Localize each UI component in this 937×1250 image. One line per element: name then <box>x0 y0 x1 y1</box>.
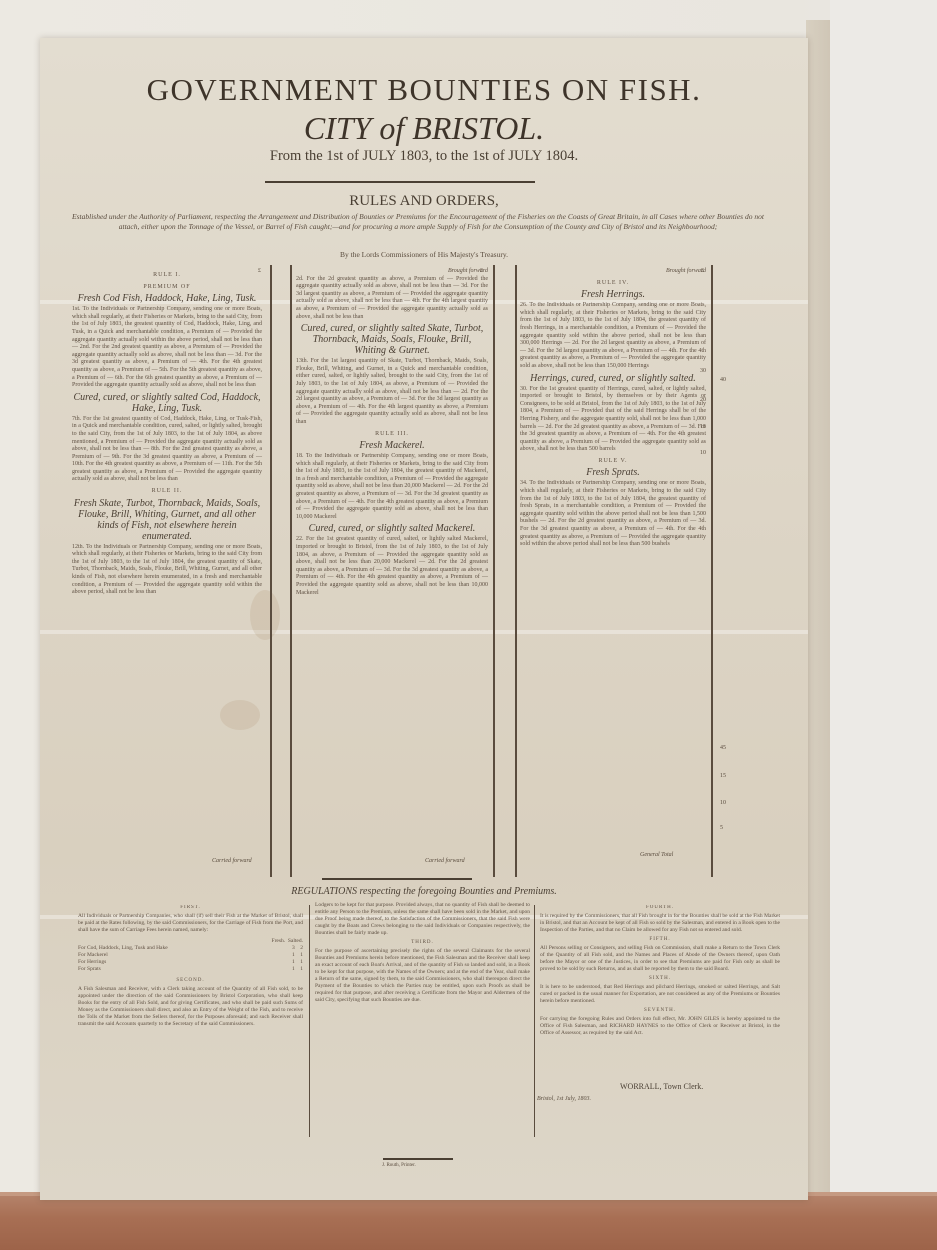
regulation-text: For carrying the foregoing Rules and Ord… <box>540 1016 780 1037</box>
rule-heading: Fresh Skate, Turbot, Thornback, Maids, S… <box>72 498 262 542</box>
printer-rule <box>383 1158 453 1160</box>
pence-amount: 10 <box>720 800 726 806</box>
regulations-title: REGULATIONS respecting the foregoing Bou… <box>40 886 808 897</box>
amount: 30 <box>700 368 706 374</box>
amount: 10 <box>700 450 706 456</box>
table-row: For Herrings1 1 <box>78 959 303 966</box>
section-heading: SIXTH. <box>540 975 780 982</box>
table-row: For Cod, Haddock, Ling, Tusk and Hake3 2 <box>78 945 303 952</box>
rule-text: 13th. For the 1st largest quantity of Sk… <box>296 358 488 426</box>
general-total: General Total <box>640 852 673 858</box>
column-rule <box>711 265 713 877</box>
paper-stain <box>250 590 280 640</box>
pence-amount: 45 <box>720 745 726 751</box>
rule-text: 2d. For the 2d greatest quantity as abov… <box>296 276 488 322</box>
rule-text: 7th. For the 1st greatest quantity of Co… <box>72 416 262 484</box>
printer-imprint: J. Routh, Printer. <box>382 1163 416 1168</box>
rule-text: 12th. To the Individuals or Partnership … <box>72 544 262 597</box>
rule-text: 30. For the 1st greatest quantity of Her… <box>520 386 706 454</box>
rule-heading: Cured, cured, or slightly salted Cod, Ha… <box>72 392 262 414</box>
rule-heading: Fresh Cod Fish, Haddock, Hake, Ling, Tus… <box>72 293 262 304</box>
frame-edge <box>806 20 830 1200</box>
rule-text: 26. To the Individuals or Partnership Co… <box>520 302 706 370</box>
pence-amount: 15 <box>720 773 726 779</box>
rule-number: RULE III. <box>296 431 488 439</box>
city-title: CITY of BRISTOL. <box>40 110 808 147</box>
rules-column-3: Brought forward RULE IV. Fresh Herrings.… <box>520 268 706 549</box>
rule-heading: Fresh Herrings. <box>520 289 706 300</box>
rule-text: 34. To the Individuals or Partnership Co… <box>520 480 706 548</box>
column-rule <box>290 265 292 877</box>
section-heading: FIRST. <box>78 904 303 911</box>
rule-heading: Cured, cured, or slightly salted Skate, … <box>296 323 488 356</box>
column-rule <box>270 265 272 877</box>
column-rule <box>534 905 535 1137</box>
pence-amount: 5 <box>720 825 723 831</box>
regulation-text: It is required by the Commissioners, tha… <box>540 913 780 934</box>
section-heading: FIFTH. <box>540 936 780 943</box>
carriage-rates-table: Fresh. Salted. For Cod, Haddock, Ling, T… <box>78 938 303 973</box>
column-rule <box>309 905 310 1137</box>
wooden-shelf <box>0 1196 937 1250</box>
premium-label: PREMIUM OF <box>72 284 262 292</box>
fold-crease <box>40 630 808 634</box>
rule-heading: Fresh Sprats. <box>520 467 706 478</box>
rule-text: 1st. To the Individuals or Partnership C… <box>72 306 262 390</box>
rule-heading: Cured, cured, or slightly salted Mackere… <box>296 523 488 534</box>
document-title: GOVERNMENT BOUNTIES ON FISH. <box>40 72 808 108</box>
pence-amount: 40 <box>720 377 726 383</box>
rules-column-1: RULE I. PREMIUM OF Fresh Cod Fish, Haddo… <box>72 268 262 597</box>
regulation-text: All Persons selling or Consigners, and s… <box>540 945 780 973</box>
preamble-text: Established under the Authority of Parli… <box>68 212 768 232</box>
section-heading: THIRD. <box>315 939 530 946</box>
carried-forward: Carried forward <box>212 858 252 864</box>
title-rule <box>265 181 535 183</box>
rule-number: RULE I. <box>72 272 262 280</box>
section-heading: SEVENTH. <box>540 1007 780 1014</box>
period-line: From the 1st of JULY 1803, to the 1st of… <box>40 148 808 165</box>
rule-heading: Fresh Mackerel. <box>296 440 488 451</box>
regulations-column-3: FOURTH. It is required by the Commission… <box>540 902 780 1037</box>
regulation-text: All Individuals or Partnership Companies… <box>78 913 303 934</box>
brought-forward: Brought forward <box>296 268 488 276</box>
regulation-text: Lodgers to be kept for that purpose. Pro… <box>315 902 530 937</box>
pounds-header: £ <box>258 268 261 274</box>
rule-number: RULE V. <box>520 458 706 466</box>
table-row: For Sprats1 1 <box>78 966 303 973</box>
amount: 15 <box>700 424 706 430</box>
rule-number: RULE IV. <box>520 280 706 288</box>
rule-number: RULE II. <box>72 488 262 496</box>
column-rule <box>515 265 517 877</box>
paper-stain <box>220 700 260 730</box>
rules-and-orders-heading: RULES AND ORDERS, <box>40 193 808 210</box>
pounds-header: £ <box>701 268 704 274</box>
regulations-column-2: Lodgers to be kept for that purpose. Pro… <box>315 902 530 1004</box>
regulation-text: A Fish Salesman and Receiver, with a Cle… <box>78 986 303 1028</box>
brought-forward: Brought forward <box>520 268 706 276</box>
section-heading: FOURTH. <box>540 904 780 911</box>
town-clerk-signature: WORRALL, Town Clerk. <box>620 1082 703 1091</box>
section-heading: SECOND. <box>78 977 303 984</box>
table-header: Fresh. Salted. <box>78 938 303 945</box>
rules-column-2: Brought forward 2d. For the 2d greatest … <box>296 268 488 597</box>
byline: By the Lords Commissioners of His Majest… <box>40 250 808 259</box>
carried-forward: Carried forward <box>425 858 465 864</box>
pounds-header: £ <box>480 268 483 274</box>
regulation-text: It is here to be understood, that Red He… <box>540 984 780 1005</box>
table-row: For Mackerel1 1 <box>78 952 303 959</box>
amount: 20 <box>700 397 706 403</box>
rule-text: 18. To the Individuals or Partnership Co… <box>296 453 488 521</box>
rule-heading: Herrings, cured, cured, or slightly salt… <box>520 373 706 384</box>
regulation-text: For the purpose of ascertaining precisel… <box>315 948 530 1004</box>
rule-text: 22. For the 1st greatest quantity of cur… <box>296 536 488 597</box>
section-rule <box>322 878 472 880</box>
regulations-column-1: FIRST. All Individuals or Partnership Co… <box>78 902 303 1028</box>
background-wall-right <box>830 0 937 1200</box>
dateline: Bristol, 1st July, 1803. <box>537 1096 591 1102</box>
column-rule <box>493 265 495 877</box>
